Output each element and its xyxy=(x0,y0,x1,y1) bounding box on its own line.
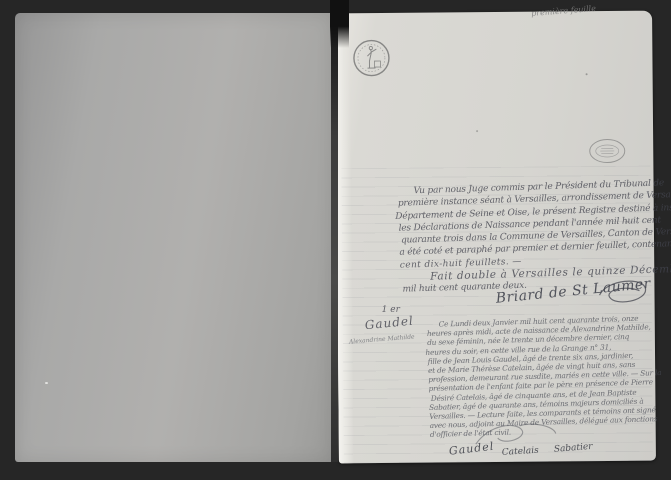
left-blank-page xyxy=(15,13,333,462)
margin-act-number: 1 er xyxy=(382,305,400,315)
spine-gap-shadow xyxy=(331,10,338,462)
spine-top-shadow xyxy=(330,0,349,48)
pencil-note: première feuille xyxy=(531,4,596,18)
paraph-flourish-icon xyxy=(595,277,651,307)
paper-speck xyxy=(476,130,478,132)
revenue-stamp-icon xyxy=(352,39,390,77)
register-scan: première feuille Vu par nous Juge commis… xyxy=(0,0,671,480)
signature-row: Gaudel Catelais Sabatier xyxy=(335,11,652,14)
paper-speck xyxy=(586,73,588,75)
right-manuscript-page: première feuille Vu par nous Juge commis… xyxy=(335,11,656,464)
paper-speck xyxy=(45,382,48,384)
archive-stamp-icon xyxy=(588,138,626,164)
